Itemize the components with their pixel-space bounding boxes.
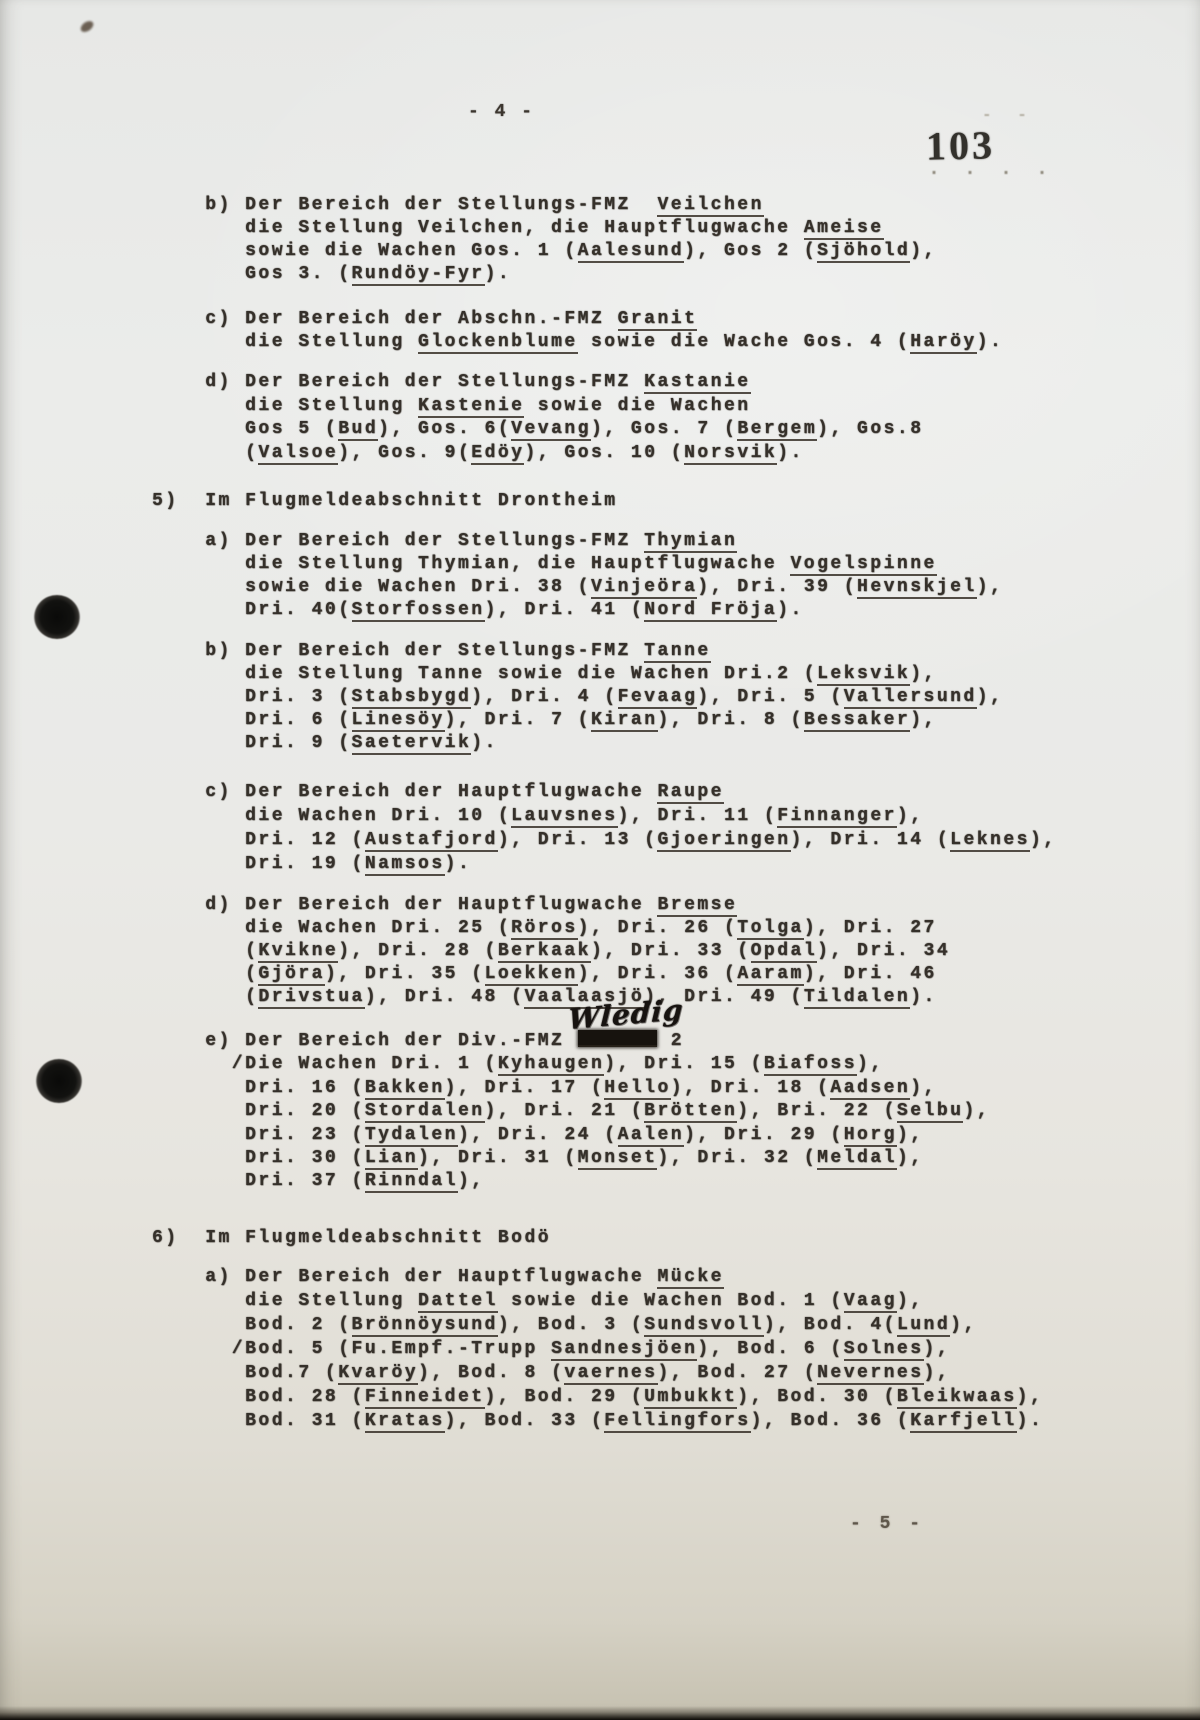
- typed-line: Gos 5 (Bud), Gos. 6(Vevang), Gos. 7 (Ber…: [152, 418, 924, 442]
- typed-line: Dri. 12 (Austafjord), Dri. 13 (Gjoeringe…: [152, 828, 1057, 852]
- typed-line: /Bod. 5 (Fu.Empf.-Trupp Sandnesjöen), Bo…: [152, 1337, 1043, 1361]
- typed-line: die Wachen Dri. 10 (Lauvsnes), Dri. 11 (…: [152, 804, 1057, 828]
- ink-fleck: [79, 19, 96, 34]
- typed-line: die Stellung Dattel sowie die Wachen Bod…: [152, 1289, 1043, 1313]
- typed-line: Bod. 31 (Kratas), Bod. 33 (Fellingfors),…: [152, 1409, 1043, 1433]
- typed-line: Dri. 16 (Bakken), Dri. 17 (Hello), Dri. …: [152, 1077, 990, 1100]
- typed-line: Dri. 20 (Stordalen), Dri. 21 (Brötten), …: [152, 1100, 990, 1123]
- typed-line: c) Der Bereich der Hauptflugwache Raupe: [152, 780, 1057, 804]
- typed-line: Bod. 2 (Brönnöysund), Bod. 3 (Sundsvoll)…: [152, 1313, 1043, 1337]
- hole-punch-bottom: [36, 1059, 82, 1103]
- typed-line: die Stellung Thymian, die Hauptflugwache…: [152, 553, 1003, 576]
- typed-line: Bod.7 (Kvaröy), Bod. 8 (vaernes), Bod. 2…: [152, 1361, 1043, 1385]
- typed-line: 6) Im Flugmeldeabschnitt Bodö: [152, 1227, 551, 1250]
- typed-line: Dri. 30 (Lian), Dri. 31 (Monset), Dri. 3…: [152, 1147, 990, 1170]
- typed-text: b) Der Bereich der Stellungs-FMZ Veilche…: [152, 0, 1152, 1720]
- typed-line: (Valsoe), Gos. 9(Edöy), Gos. 10 (Norsvik…: [152, 442, 924, 466]
- typed-line: 5) Im Flugmeldeabschnitt Drontheim: [152, 490, 618, 513]
- typed-line: a) Der Bereich der Hauptflugwache Mücke: [152, 1265, 1043, 1289]
- typed-line: Bod. 28 (Finneidet), Bod. 29 (Umbukkt), …: [152, 1385, 1043, 1409]
- typed-line: die Stellung Glockenblume sowie die Wach…: [152, 331, 1003, 354]
- typed-line: c) Der Bereich der Abschn.-FMZ Granit: [152, 308, 1003, 331]
- typed-line: Dri. 9 (Saetervik).: [152, 732, 1003, 755]
- typed-line: d) Der Bereich der Hauptflugwache Bremse: [152, 894, 950, 917]
- typed-block: a) Der Bereich der Hauptflugwache Mücke …: [152, 1265, 1043, 1433]
- typed-block: d) Der Bereich der Hauptflugwache Bremse…: [152, 894, 950, 1009]
- typed-line: Dri. 40(Storfossen), Dri. 41 (Nord Fröja…: [152, 599, 1003, 622]
- typed-block: c) Der Bereich der Abschn.-FMZ Granit di…: [152, 308, 1003, 354]
- typed-line: b) Der Bereich der Stellungs-FMZ Tanne: [152, 640, 1003, 663]
- typed-line: (Gjöra), Dri. 35 (Loekken), Dri. 36 (Aar…: [152, 963, 950, 986]
- typed-line: (Kvikne), Dri. 28 (Berkaak), Dri. 33 (Op…: [152, 940, 950, 963]
- typed-block: 6) Im Flugmeldeabschnitt Bodö: [152, 1227, 551, 1250]
- typed-line: Dri. 19 (Namsos).: [152, 852, 1057, 876]
- typed-line: a) Der Bereich der Stellungs-FMZ Thymian: [152, 530, 1003, 553]
- typed-block: b) Der Bereich der Stellungs-FMZ Tanne d…: [152, 640, 1003, 755]
- typed-line: die Stellung Veilchen, die Hauptflugwach…: [152, 217, 937, 240]
- typed-line: b) Der Bereich der Stellungs-FMZ Veilche…: [152, 194, 937, 217]
- typed-block: c) Der Bereich der Hauptflugwache Raupe …: [152, 780, 1057, 876]
- typed-line: d) Der Bereich der Stellungs-FMZ Kastani…: [152, 371, 924, 395]
- typed-line: Gos 3. (Rundöy-Fyr).: [152, 263, 937, 286]
- typed-line: (Drivstua), Dri. 48 (Vaalaasjö), Dri. 49…: [152, 986, 950, 1009]
- typed-block: e) Der Bereich der Div.-FMZ 2 /Die Wache…: [152, 1030, 990, 1194]
- typed-line: die Wachen Dri. 25 (Röros), Dri. 26 (Tol…: [152, 917, 950, 940]
- typed-line: die Stellung Tanne sowie die Wachen Dri.…: [152, 663, 1003, 686]
- typed-line: sowie die Wachen Gos. 1 (Aalesund), Gos …: [152, 240, 937, 263]
- document-page: - 4 - - - 103 . . . . b) Der Bereich der…: [0, 0, 1200, 1720]
- hole-punch-top: [34, 595, 80, 639]
- typed-line: /Die Wachen Dri. 1 (Kyhaugen), Dri. 15 (…: [152, 1053, 990, 1076]
- typed-block: a) Der Bereich der Stellungs-FMZ Thymian…: [152, 530, 1003, 622]
- typed-line: sowie die Wachen Dri. 38 (Vinjeöra), Dri…: [152, 576, 1003, 599]
- typed-block: b) Der Bereich der Stellungs-FMZ Veilche…: [152, 194, 937, 286]
- typed-block: 5) Im Flugmeldeabschnitt Drontheim: [152, 490, 618, 513]
- page-bottom-edge: [0, 1706, 1200, 1720]
- typed-line: die Stellung Kastenie sowie die Wachen: [152, 395, 924, 419]
- page-number-footer: - 5 -: [850, 1514, 924, 1534]
- typed-line: Dri. 23 (Tydalen), Dri. 24 (Aalen), Dri.…: [152, 1124, 990, 1147]
- typed-block: d) Der Bereich der Stellungs-FMZ Kastani…: [152, 371, 924, 465]
- typed-line: Dri. 3 (Stabsbygd), Dri. 4 (Fevaag), Dri…: [152, 686, 1003, 709]
- typed-line: Dri. 6 (Linesöy), Dri. 7 (Kiran), Dri. 8…: [152, 709, 1003, 732]
- typed-line: Dri. 37 (Rinndal),: [152, 1170, 990, 1193]
